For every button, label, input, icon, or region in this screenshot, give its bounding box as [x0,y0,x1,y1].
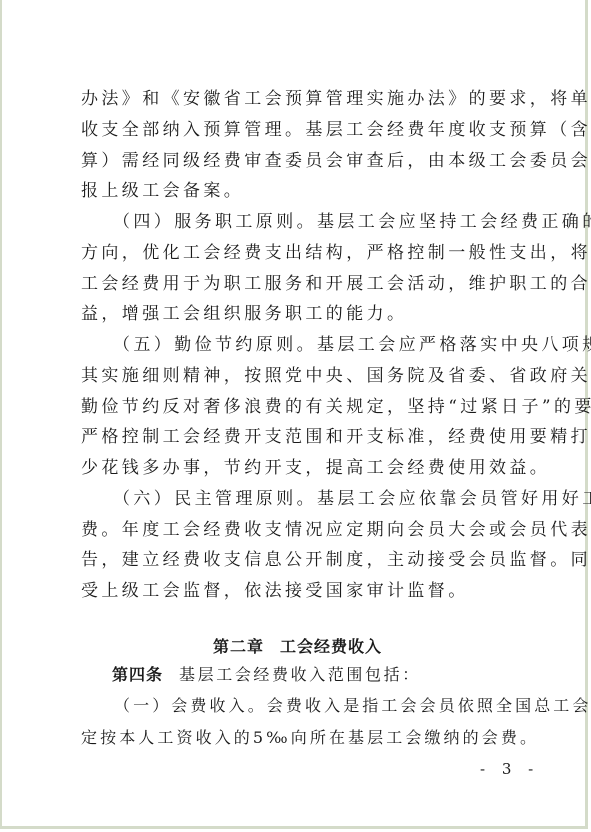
principle-6-line: （六）民主管理原则。基层工会应依靠会员管好用好工会经 [81,484,515,515]
paragraph-line: 办法》和《安徽省工会预算管理实施办法》的要求，将单位各项 [81,84,515,115]
paragraph-line: 算）需经同级经费审查委员会审查后，由本级工会委员会审批， [81,146,515,177]
document-body: 办法》和《安徽省工会预算管理实施办法》的要求，将单位各项 收支全部纳入预算管理。… [81,84,515,607]
principle-5-line: 其实施细则精神，按照党中央、国务院及省委、省政府关于厉行 [81,361,515,392]
article-label: 第四条 [112,665,163,684]
article-text: 基层工会经费收入范围包括： [179,665,421,684]
chapter-heading: 第二章工会经费收入 [2,634,591,657]
document-page: 办法》和《安徽省工会预算管理实施办法》的要求，将单位各项 收支全部纳入预算管理。… [0,0,588,829]
principle-4-line: 益，增强工会组织服务职工的能力。 [81,299,515,330]
paragraph-line: 报上级工会备案。 [81,176,515,207]
principle-6-line: 告，建立经费收支信息公开制度，主动接受会员监督。同时，接 [81,545,515,576]
principle-5-line: 严格控制工会经费开支范围和开支标准，经费使用要精打细算， [81,422,515,453]
item-1-line: （一）会费收入。会费收入是指工会会员依照全国总工会规 [114,693,591,716]
item-1-line: 定按本人工资收入的5‰向所在基层工会缴纳的会费。 [81,725,539,748]
principle-5-line: （五）勤俭节约原则。基层工会应严格落实中央八项规定及 [81,330,515,361]
page-number: - 3 - [480,760,539,778]
principle-5-line: 少花钱多办事，节约开支，提高工会经费使用效益。 [81,453,515,484]
paragraph-line: 收支全部纳入预算管理。基层工会经费年度收支预算（含调整预 [81,115,515,146]
principle-4-line: （四）服务职工原则。基层工会应坚持工会经费正确的使用 [81,207,515,238]
chapter-title: 工会经费收入 [280,637,382,656]
principle-4-line: 工会经费用于为职工服务和开展工会活动，维护职工的合法权 [81,269,515,300]
chapter-number: 第二章 [213,637,264,656]
article-4: 第四条基层工会经费收入范围包括： [112,662,421,685]
principle-4-line: 方向，优化工会经费支出结构，严格控制一般性支出，将更多的 [81,238,515,269]
principle-6-line: 受上级工会监督，依法接受国家审计监督。 [81,576,515,607]
principle-5-line: 勤俭节约反对奢侈浪费的有关规定，坚持“过紧日子”的要求， [81,392,515,423]
principle-6-line: 费。年度工会经费收支情况应定期向会员大会或会员代表大会报 [81,515,515,546]
